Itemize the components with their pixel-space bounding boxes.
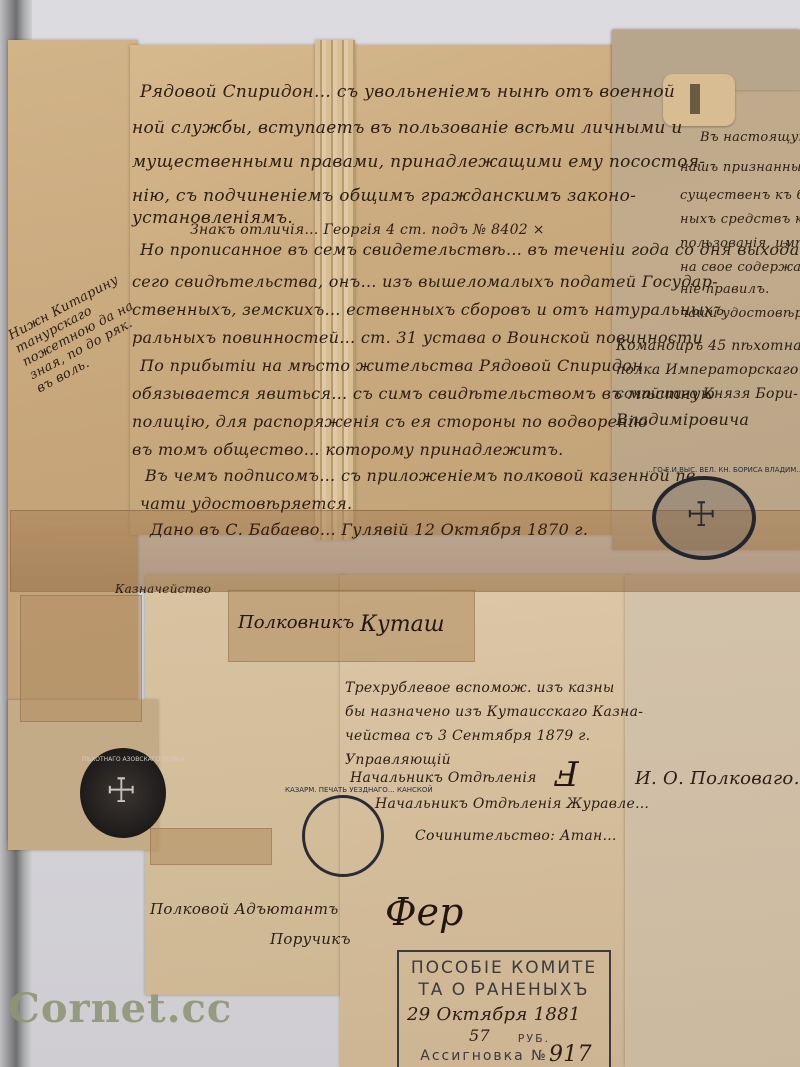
lower-text-line: Трехрублевое вспомож. изъ казны <box>345 680 615 696</box>
seal-text: ПѢХОТНАГО АЗОВСКАГО ПОЛКА <box>82 756 184 763</box>
black-regimental-seal: ☩ ПѢХОТНАГО АЗОВСКАГО ПОЛКА <box>80 748 166 838</box>
stamp-date: 29 Октября 1881 <box>407 1004 581 1025</box>
main-text-line: мущественными правами, принадлежащими ем… <box>132 152 705 172</box>
wounded-committee-stamp: ПОСОБІЕ КОМИТЕ ТА О РАНЕНЫХЪ 29 Октября … <box>397 950 611 1067</box>
counter-label: Казначейство <box>115 582 211 596</box>
stamp-text: …ГО Е.И.ВЫС. ВЕЛ. КН. БОРИСА ВЛАДИМ… <box>646 466 800 474</box>
lower-text-line: Управляющій <box>345 752 451 768</box>
double-headed-eagle-icon: ☩ <box>106 774 136 808</box>
right-panel-line: чаши удостовѣряю <box>680 306 800 321</box>
large-signature: Фер <box>385 890 463 934</box>
adjutant-title: Полковой Адъютантъ <box>150 900 339 918</box>
lower-text-line: чейства съ 3 Сентября 1879 г. <box>345 728 590 744</box>
main-text-line: чати удостовѣряется. <box>140 494 352 513</box>
right-panel-line: полка Императорскаго Вы- <box>616 362 800 378</box>
lower-text-line: Начальникъ Отдѣленія Журавле… <box>375 796 649 812</box>
main-text-line: нію, съ подчиненіемъ общимъ гражданскимъ… <box>132 186 636 206</box>
watermark-logo: Cornet.cc <box>8 985 232 1032</box>
lower-text-line: бы назначено изъ Кутаисскаго Казна- <box>345 704 643 720</box>
double-headed-eagle-icon: ☩ <box>686 498 716 532</box>
lower-text-line: Сочинительство: Атан… <box>415 828 617 844</box>
stamp-line-2: ТА О РАНЕНЫХЪ <box>399 980 609 1000</box>
main-text-line: ной службы, вступаетъ въ пользованіе всѣ… <box>132 118 683 138</box>
right-panel-line: ныхъ средствъ къ <box>680 212 800 227</box>
main-text-line: Знакъ отличія… Георгія 4 ст. подъ № 8402… <box>190 222 545 238</box>
regiment-commander-stamp: ☩ …ГО Е.И.ВЫС. ВЕЛ. КН. БОРИСА ВЛАДИМ… <box>652 476 756 560</box>
right-panel-line: пользованія, имѣетъ <box>680 236 800 251</box>
signature-name: Куташ <box>360 612 445 637</box>
right-panel-line: Владиміровича <box>616 410 749 429</box>
main-text-line: По прибытіи на мѣсто жительства Рядовой … <box>140 356 643 375</box>
right-fragment-text: И. О. Полковаго… <box>635 768 800 789</box>
officer-signature-flourish: Ⅎ <box>555 755 579 795</box>
right-panel-line: сочайшаго Князя Бори- <box>616 386 798 402</box>
main-text-line: Рядовой Спиридон… съ увольненіемъ нынѣ о… <box>140 82 675 102</box>
main-text-line: въ томъ общество… которому принадлежитъ. <box>132 440 564 459</box>
stamp-number: 917 <box>549 1042 592 1067</box>
main-text-line: ственныхъ, земскихъ… ественныхъ сборовъ … <box>132 300 724 319</box>
tape-patch <box>20 595 142 722</box>
right-panel-line: существенъ къ бо <box>680 188 800 203</box>
right-panel-line: Командиръ 45 пѣхотнаго <box>616 338 800 354</box>
stamp-line-1: ПОСОБІЕ КОМИТЕ <box>399 958 609 978</box>
tape-patch <box>150 828 272 865</box>
stamp-text: КАЗАРМ. ПЕЧАТЬ УЕЗДНАГО… КАНСКОЙ <box>285 786 433 794</box>
right-panel-line: на свое содержан <box>680 260 800 275</box>
adjutant-rank: Поручикъ <box>270 930 351 948</box>
round-seal-stamp: КАЗАРМ. ПЕЧАТЬ УЕЗДНАГО… КАНСКОЙ <box>302 795 384 877</box>
document-lower-right-sheet <box>625 575 800 1067</box>
right-panel-line: Въ настоящую <box>700 130 800 145</box>
signature-rank: Полковникъ <box>238 612 354 633</box>
main-text-line: полицію, для распоряженія съ ея стороны … <box>132 412 648 431</box>
lower-text-line: Начальникъ Отдѣленія <box>350 770 537 786</box>
main-text-line: сего свидѣтельства, онъ… изъ вышеломалых… <box>132 272 718 291</box>
mounting-clip <box>690 84 700 114</box>
right-panel-line: нашъ признанный <box>680 160 800 175</box>
main-text-line: Въ чемъ подписомъ… съ приложеніемъ полко… <box>145 466 701 485</box>
issue-date-line: Дано въ С. Бабаево… Гулявій 12 Октября 1… <box>150 520 588 539</box>
right-panel-line: ніе правилъ. <box>680 282 770 297</box>
